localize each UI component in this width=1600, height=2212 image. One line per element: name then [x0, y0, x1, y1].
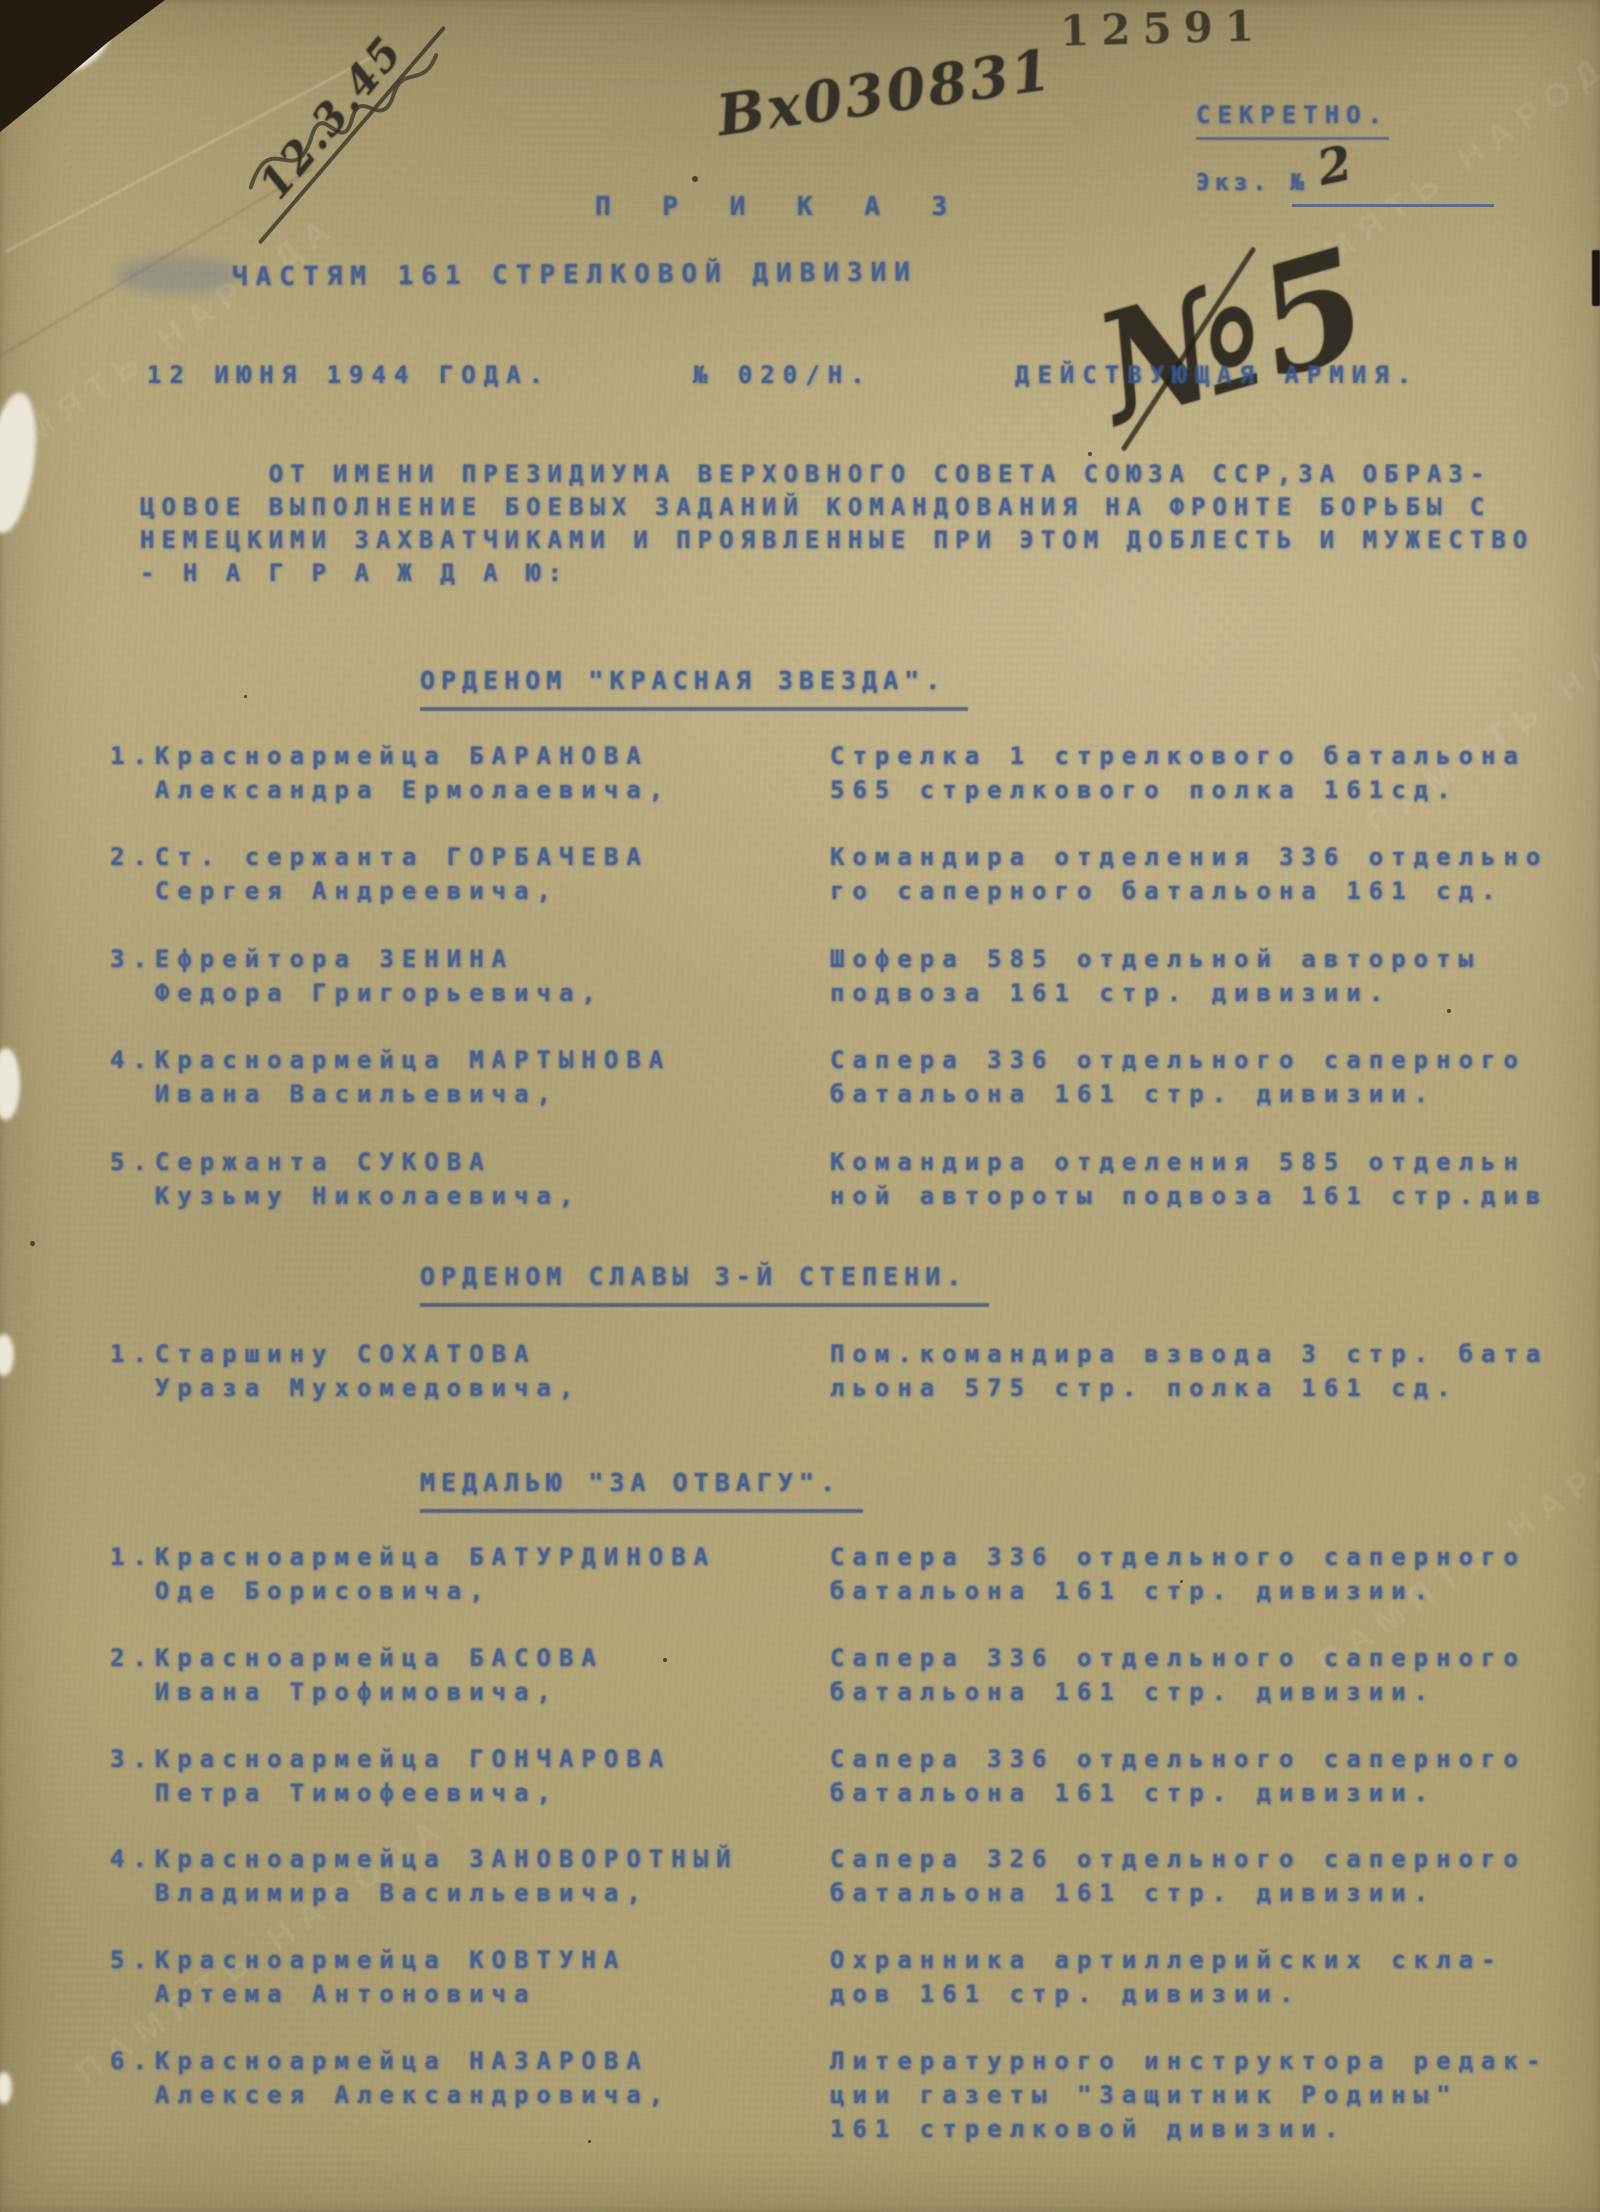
preamble-text: ОТ ИМЕНИ ПРЕЗИДИУМА ВЕРХОВНОГО СОВЕТА СО…: [140, 458, 1534, 590]
torn-corner: [0, 0, 185, 140]
edge-mark: [1592, 250, 1600, 306]
awardee-position: Шофера 585 отдельной автороты подвоза 16…: [830, 942, 1481, 1010]
awardee-name: 2.Красноармейца БАСОВА Ивана Трофимовича…: [110, 1641, 604, 1709]
awardee-position: Сапера 336 отдельного саперного батальон…: [830, 1641, 1526, 1709]
ink-speck: [663, 1658, 667, 1662]
awardee-name: 4.Красноармейца ЗАНОВОРОТНЫЙ Владимира В…: [110, 1842, 739, 1910]
ink-speck: [30, 1241, 35, 1246]
section-heading-glory-3rd: ОРДЕНОМ СЛАВЫ 3-Й СТЕПЕНИ.: [420, 1260, 989, 1307]
paper-damage-patch: [0, 1048, 20, 1120]
awardee-name: 5.Сержанта СУКОВА Кузьму Николаевича,: [110, 1145, 581, 1213]
order-subtitle: ЧАСТЯМ 161 СТРЕЛКОВОЙ ДИВИЗИИ: [232, 256, 918, 295]
awardee-position: Пом.командира взвода 3 стр. бата льона 5…: [830, 1337, 1548, 1405]
section-heading-red-star: ОРДЕНОМ "КРАСНАЯ ЗВЕЗДА".: [420, 664, 968, 711]
awardee-name: 3.Ефрейтора ЗЕНИНА Федора Григорьевича,: [110, 942, 604, 1010]
big-pencil-mark: №5: [1079, 214, 1388, 458]
awardee-position: Командира отделения 336 отдельно го сапе…: [830, 840, 1548, 908]
awardee-position: Сапера 336 отдельного саперного батальон…: [830, 1742, 1526, 1810]
awardee-position: Литературного инструктора редак- ции газ…: [830, 2044, 1548, 2146]
paper-damage-patch: [0, 389, 44, 536]
awardee-position: Стрелка 1 стрелкового батальона 565 стре…: [830, 739, 1526, 807]
registration-stamp: 12591: [1059, 1, 1266, 55]
awardee-position: Сапера 326 отдельного саперного батальон…: [830, 1842, 1526, 1910]
section-heading-medal-courage: МЕДАЛЬЮ "ЗА ОТВАГУ".: [420, 1466, 863, 1513]
awardee-position: Охранника артиллерийских скла- дов 161 с…: [830, 1943, 1503, 2011]
ink-speck: [244, 695, 247, 698]
awardee-position: Сапера 336 отдельного саперного батальон…: [830, 1043, 1526, 1111]
ink-smear: [116, 256, 238, 294]
awardee-position: Сапера 336 отдельного саперного батальон…: [830, 1540, 1526, 1608]
incoming-number-note: Вх030831: [713, 37, 1057, 149]
ink-speck: [1088, 452, 1092, 456]
army-label: ДЕЙСТВУЮЩАЯ АРМИЯ.: [1015, 358, 1419, 392]
awardee-name: 6.Красноармейца НАЗАРОВА Алексея Алексан…: [110, 2044, 671, 2112]
paper-damage-patch: [0, 2072, 12, 2104]
awardee-name: 1.Старшину СОХАТОВА Ураза Мухомедовича,: [110, 1337, 581, 1405]
awardee-name: 5.Красноармейца КОВТУНА Артема Антонович…: [110, 1943, 626, 2011]
awardee-name: 4.Красноармейца МАРТЫНОВА Ивана Васильев…: [110, 1043, 671, 1111]
ink-speck: [588, 2140, 591, 2143]
ink-speck: [692, 176, 698, 182]
order-number: № 020/Н.: [693, 358, 873, 392]
order-date: 12 ИЮНЯ 1944 ГОДА.: [147, 358, 551, 392]
awardee-name: 1.Красноармейца БАРАНОВА Александра Ермо…: [110, 739, 671, 807]
order-title: П Р И К А З: [595, 190, 965, 224]
paper-damage-patch: [0, 1334, 14, 1376]
scanned-order-page: ПАМЯТЬ НАРОДА ПАМЯТЬ НАРОДА ПАМЯТЬ НАРОД…: [0, 0, 1600, 2212]
secrecy-label: СЕКРЕТНО.: [1196, 98, 1389, 140]
awardee-position: Командира отделения 585 отдельн ной авто…: [830, 1145, 1548, 1213]
awardee-name: 1.Красноармейца БАТУРДИНОВА Оде Борисови…: [110, 1540, 716, 1608]
awardee-name: 3.Красноармейца ГОНЧАРОВА Петра Тимофеев…: [110, 1742, 671, 1810]
awardee-name: 2.Ст. сержанта ГОРБАЧЕВА Сергея Андрееви…: [110, 840, 649, 908]
